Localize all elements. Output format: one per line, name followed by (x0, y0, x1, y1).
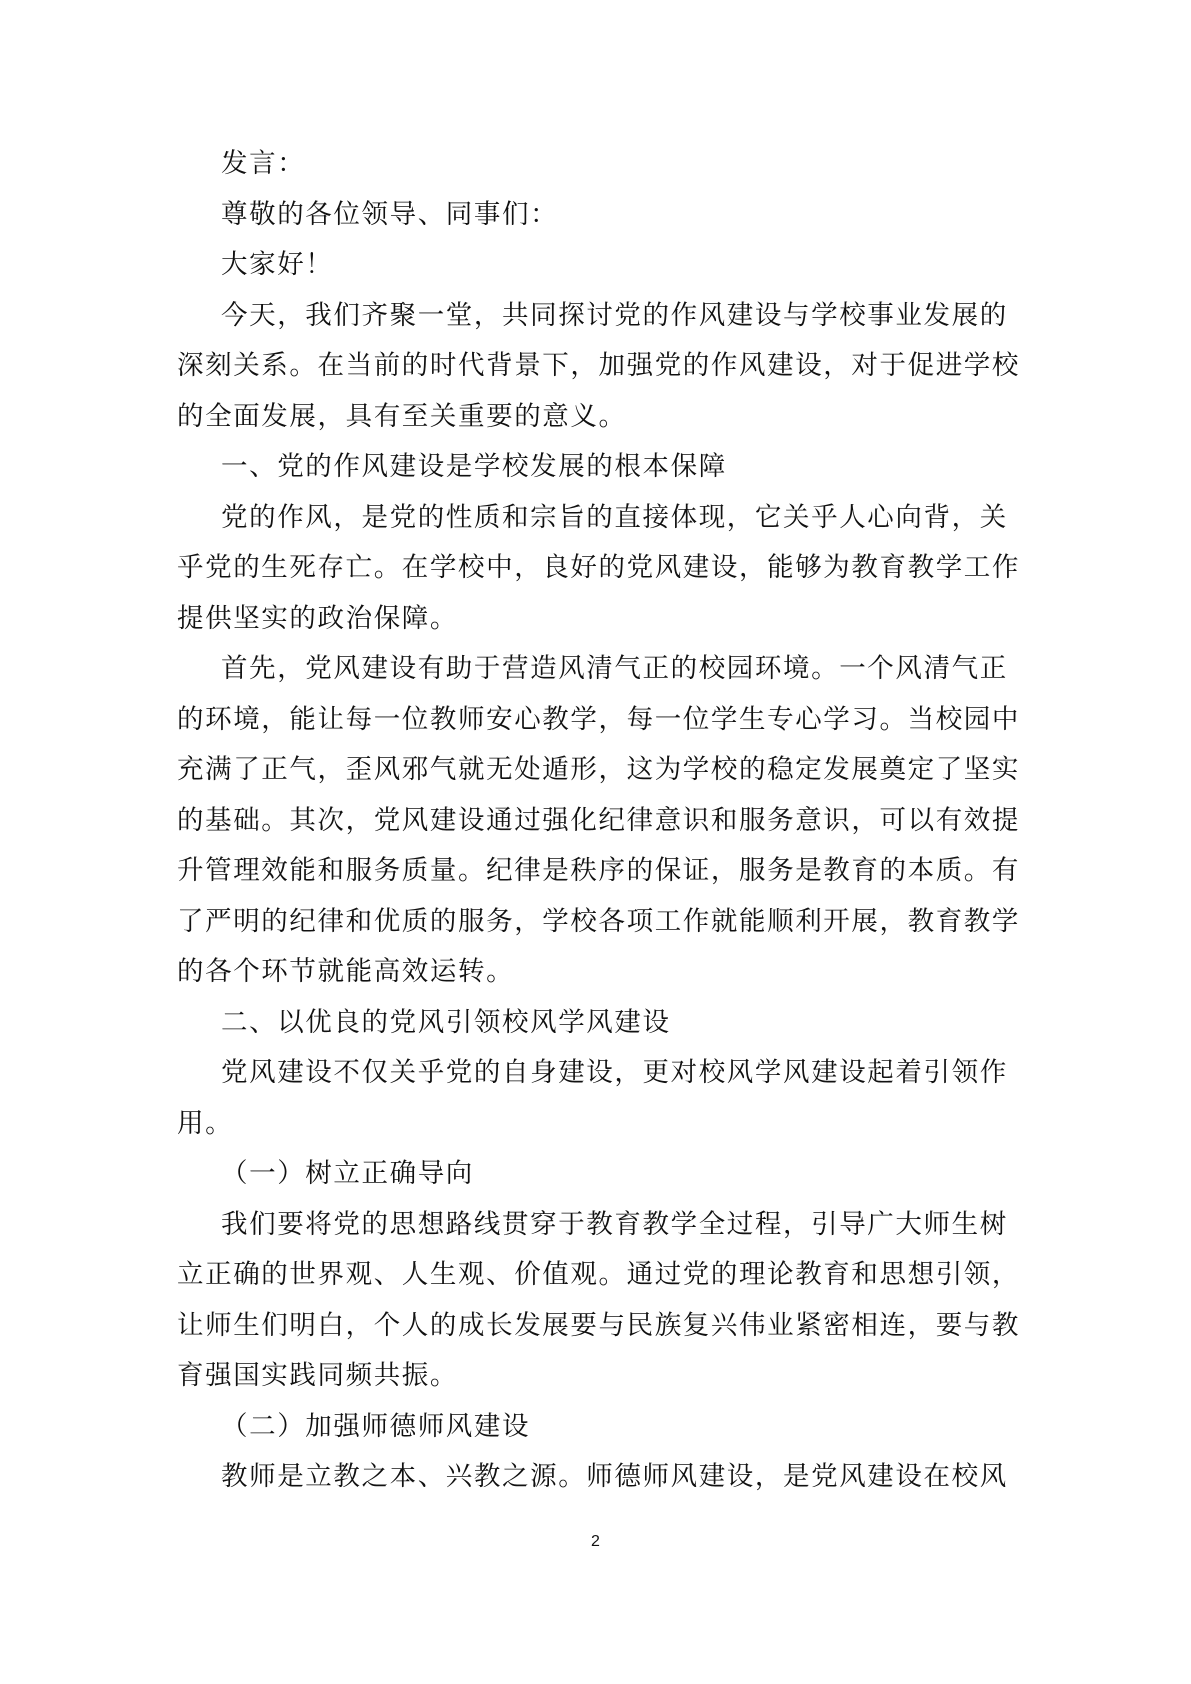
paragraph-line: 党的作风，是党的性质和宗旨的直接体现，它关乎人心向背，关 (177, 493, 1015, 544)
section-heading: 二、以优良的党风引领校风学风建设 (177, 998, 1015, 1049)
paragraph-line: 今天，我们齐聚一堂，共同探讨党的作风建设与学校事业发展的 (177, 291, 1015, 342)
paragraph-line: 教师是立教之本、兴教之源。师德师风建设，是党风建设在校风 (177, 1452, 1015, 1503)
greeting-line: 尊敬的各位领导、同事们： (177, 190, 1015, 241)
paragraph-line: 深刻关系。在当前的时代背景下，加强党的作风建设，对于促进学校 (177, 341, 1015, 392)
paragraph-line: 充满了正气，歪风邪气就无处遁形，这为学校的稳定发展奠定了坚实 (177, 745, 1015, 796)
document-page: 发言： 尊敬的各位领导、同事们： 大家好！ 今天，我们齐聚一堂，共同探讨党的作风… (0, 0, 1191, 1684)
paragraph-line: 提供坚实的政治保障。 (177, 594, 1015, 645)
section-heading: 一、党的作风建设是学校发展的根本保障 (177, 442, 1015, 493)
paragraph-line: 了严明的纪律和优质的服务，学校各项工作就能顺利开展，教育教学 (177, 897, 1015, 948)
greeting-line: 大家好！ (177, 240, 1015, 291)
paragraph-line: 乎党的生死存亡。在学校中，良好的党风建设，能够为教育教学工作 (177, 543, 1015, 594)
paragraph-line: 的全面发展，具有至关重要的意义。 (177, 392, 1015, 443)
paragraph-line: 的各个环节就能高效运转。 (177, 947, 1015, 998)
salutation-heading: 发言： (177, 139, 1015, 190)
subsection-heading: （二）加强师德师风建设 (177, 1402, 1015, 1453)
document-body: 发言： 尊敬的各位领导、同事们： 大家好！ 今天，我们齐聚一堂，共同探讨党的作风… (177, 139, 1015, 1503)
paragraph-line: 的基础。其次，党风建设通过强化纪律意识和服务意识，可以有效提 (177, 796, 1015, 847)
paragraph-line: 升管理效能和服务质量。纪律是秩序的保证，服务是教育的本质。有 (177, 846, 1015, 897)
paragraph-line: 党风建设不仅关乎党的自身建设，更对校风学风建设起着引领作 (177, 1048, 1015, 1099)
paragraph-line: 用。 (177, 1099, 1015, 1150)
paragraph-line: 立正确的世界观、人生观、价值观。通过党的理论教育和思想引领， (177, 1250, 1015, 1301)
paragraph-line: 育强国实践同频共振。 (177, 1351, 1015, 1402)
subsection-heading: （一）树立正确导向 (177, 1149, 1015, 1200)
paragraph-line: 的环境，能让每一位教师安心教学，每一位学生专心学习。当校园中 (177, 695, 1015, 746)
paragraph-line: 我们要将党的思想路线贯穿于教育教学全过程，引导广大师生树 (177, 1200, 1015, 1251)
paragraph-line: 让师生们明白，个人的成长发展要与民族复兴伟业紧密相连，要与教 (177, 1301, 1015, 1352)
paragraph-line: 首先，党风建设有助于营造风清气正的校园环境。一个风清气正 (177, 644, 1015, 695)
page-number: 2 (0, 1533, 1191, 1551)
